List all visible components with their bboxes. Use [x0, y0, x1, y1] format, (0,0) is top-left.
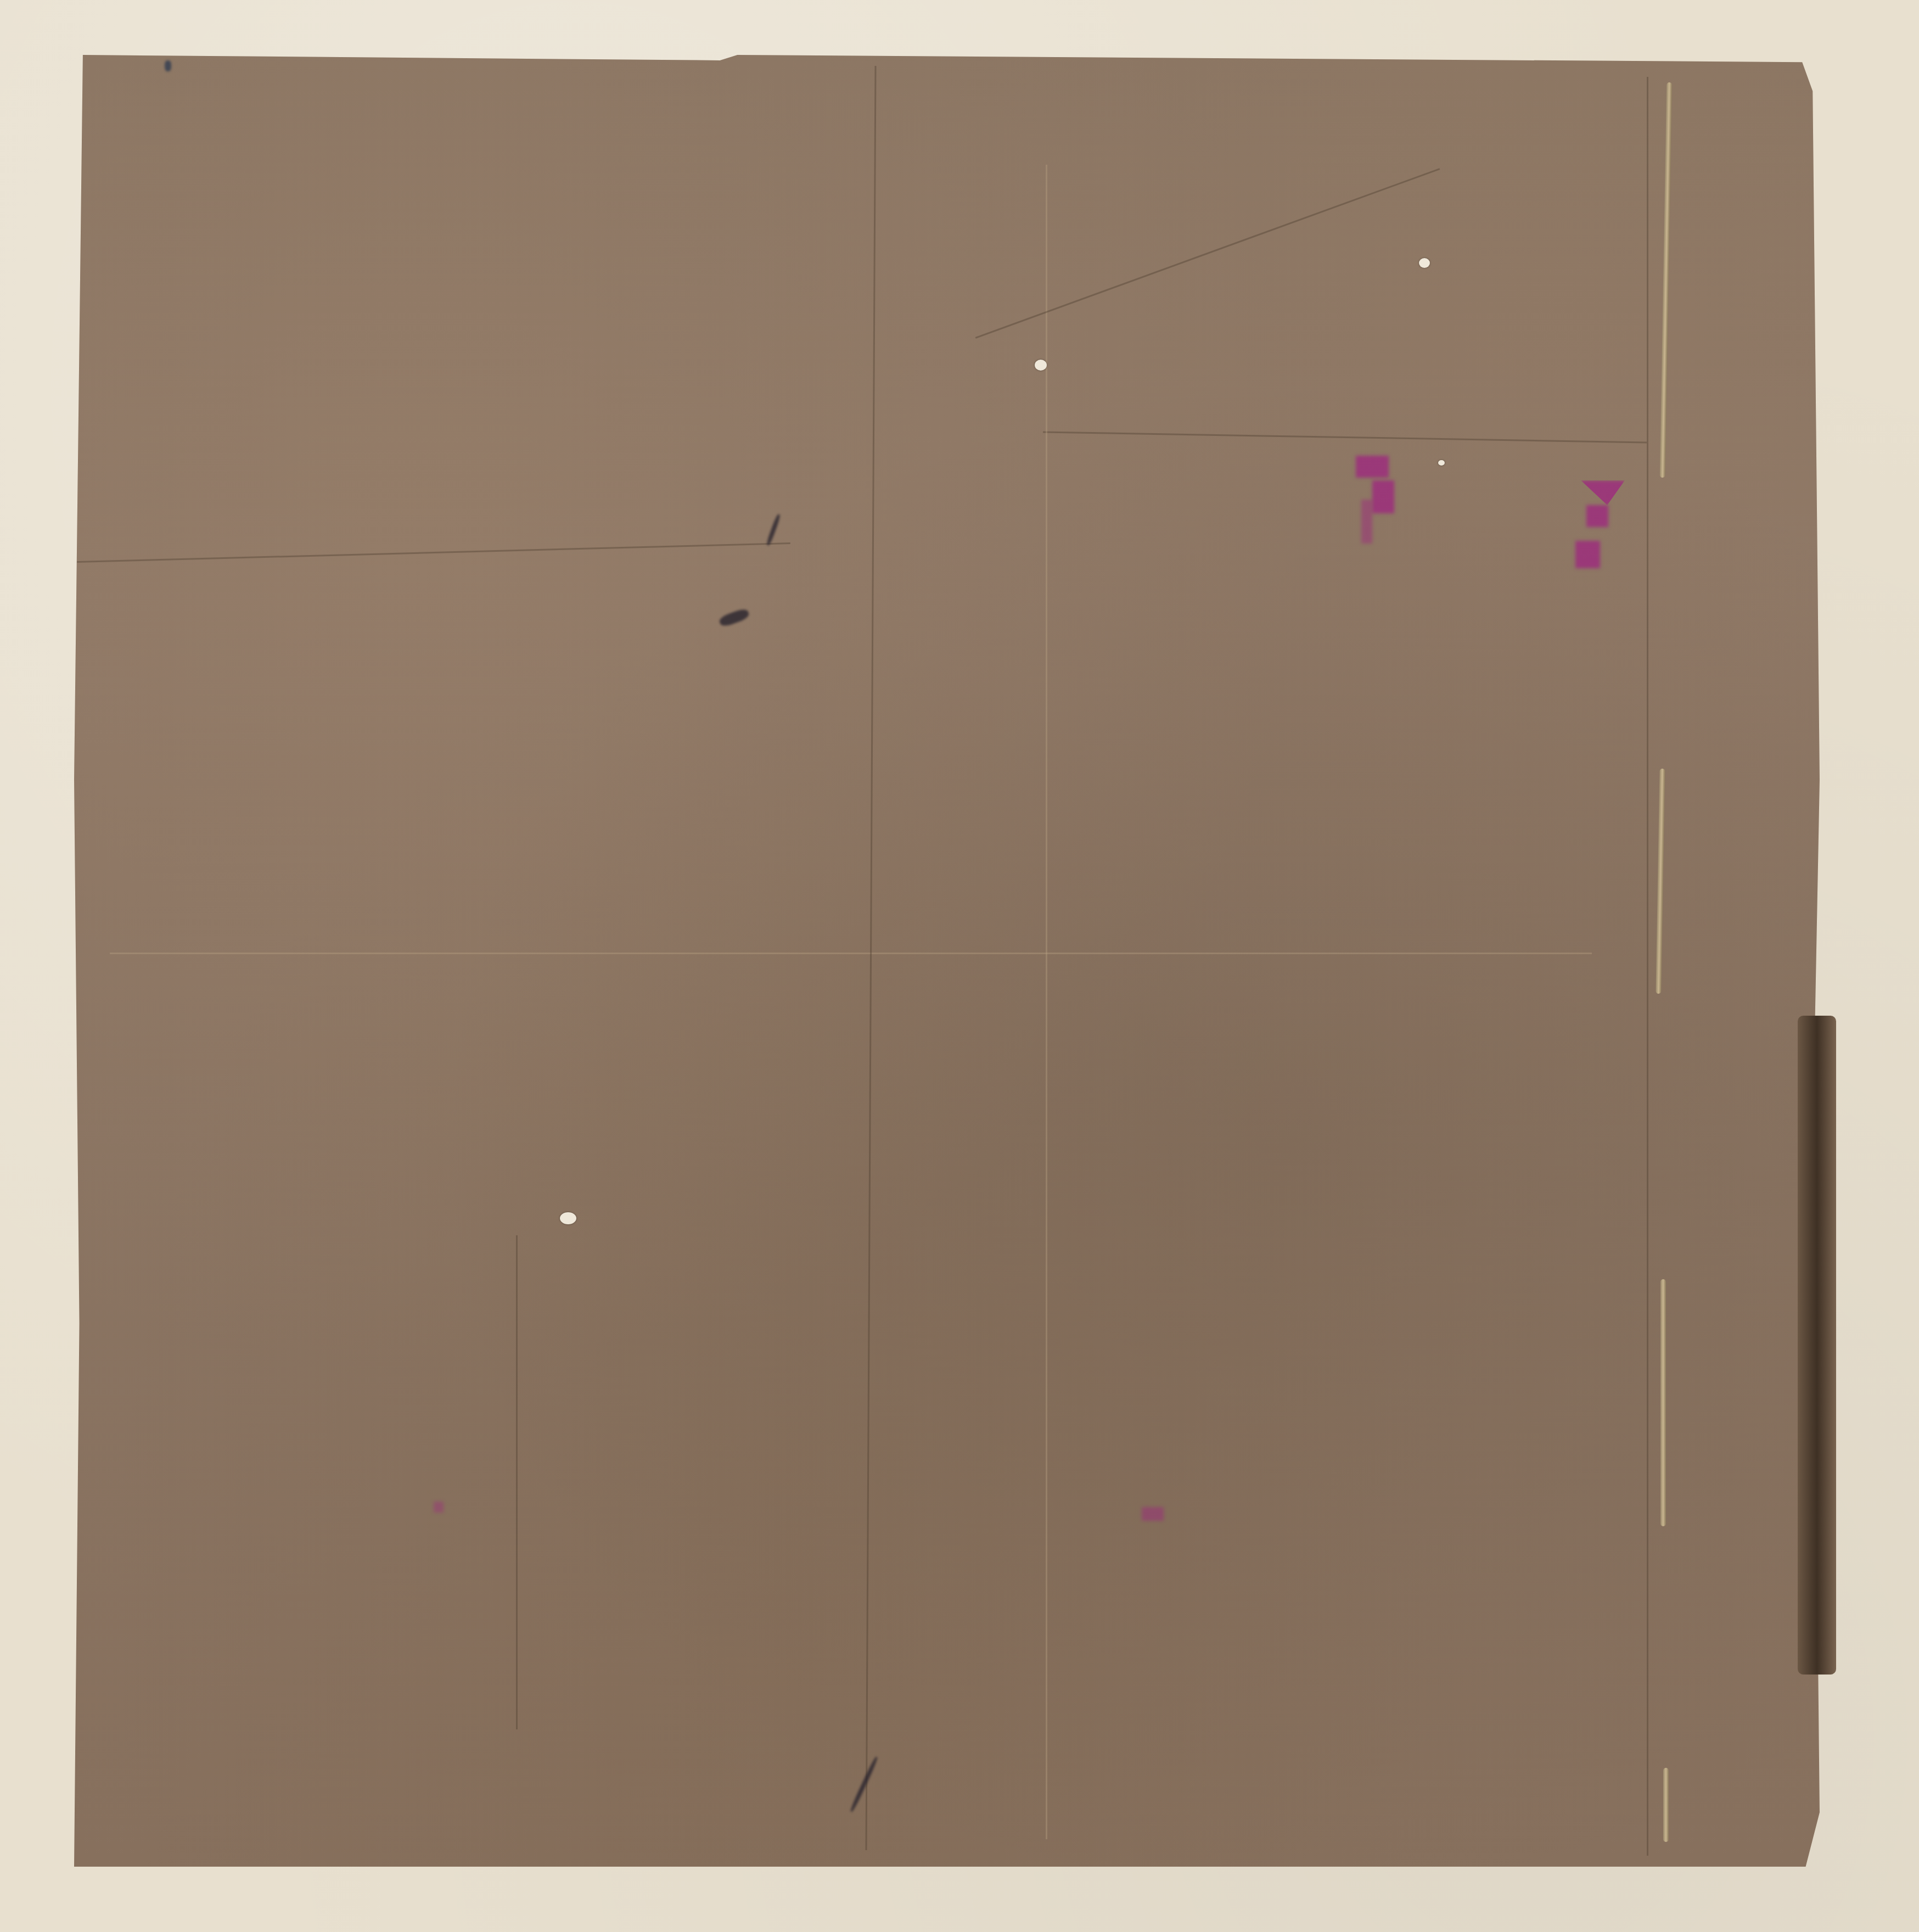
- spine-fold: [1647, 77, 1648, 1856]
- crease: [110, 953, 1592, 954]
- crease: [516, 1235, 518, 1729]
- stamp-mark: [1361, 500, 1372, 544]
- binding-stitch: [1660, 1279, 1666, 1526]
- stamp-mark: [1575, 541, 1600, 568]
- paper-hole: [1438, 460, 1445, 466]
- stamp-mark: [1586, 505, 1608, 527]
- crease: [1046, 165, 1047, 1839]
- stamp-mark: [1356, 456, 1389, 478]
- ink-mark: [165, 60, 171, 71]
- stamp-mark: [1142, 1507, 1164, 1521]
- stamp-mark: [1372, 480, 1394, 513]
- paper-hole: [1035, 360, 1047, 371]
- binding-stitch: [1663, 1768, 1669, 1842]
- paper-sheet: [74, 55, 1820, 1867]
- binding-edge: [1798, 1016, 1836, 1675]
- paper-hole: [1419, 258, 1430, 268]
- stamp-mark: [434, 1502, 444, 1513]
- paper-hole: [560, 1212, 576, 1224]
